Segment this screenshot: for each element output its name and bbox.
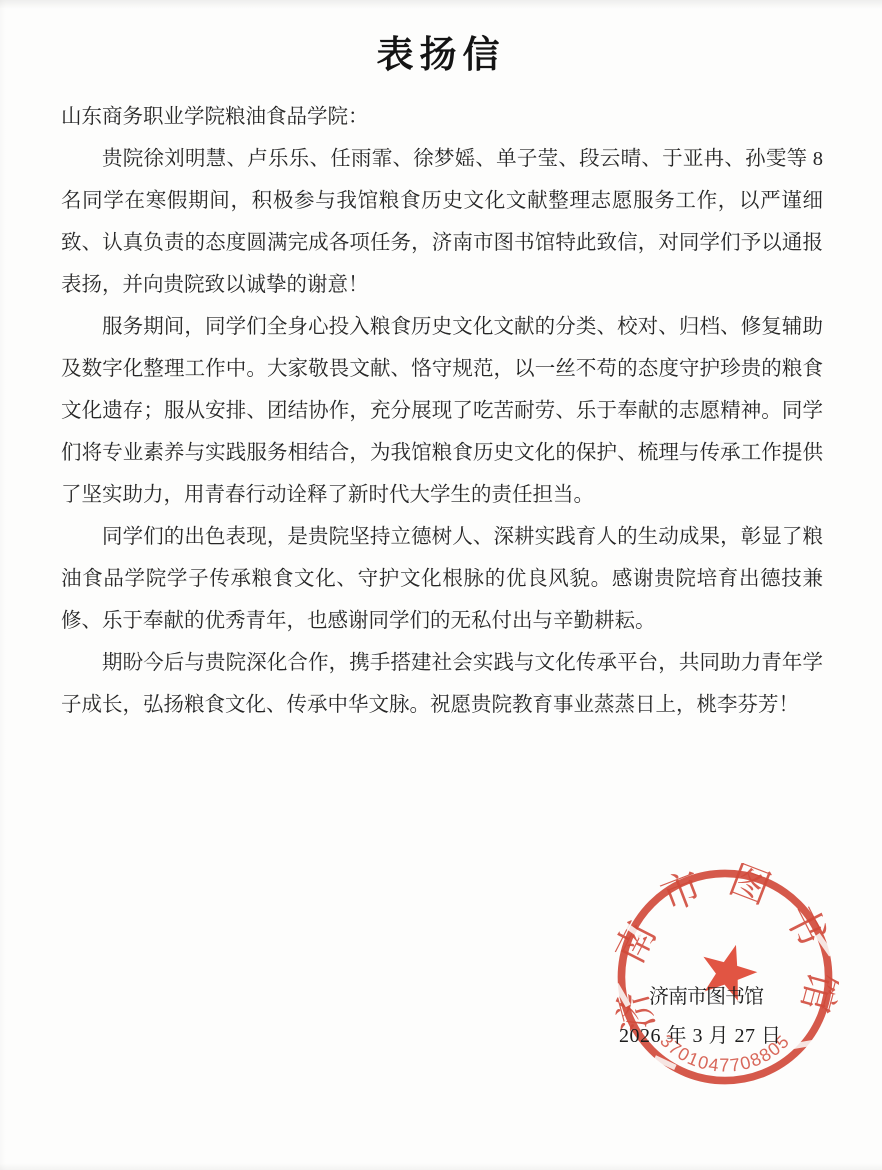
salutation: 山东商务职业学院粮油食品学院：	[61, 96, 823, 138]
official-seal: 济南市图书馆 3701047708805	[611, 863, 839, 1091]
letter-paragraph: 期盼今后与贵院深化合作，携手搭建社会实践与文化传承平台，共同助力青年学子成长，弘…	[61, 642, 823, 726]
signature-date: 2026 年 3 月 27 日	[619, 1019, 782, 1048]
letter-title: 表扬信	[0, 24, 882, 78]
letter-paragraph: 贵院徐刘明慧、卢乐乐、任雨霏、徐梦媱、单子莹、段云晴、于亚冉、孙雯等 8 名同学…	[61, 138, 823, 306]
signature-org: 济南市图书馆	[649, 980, 763, 1009]
letter-body: 山东商务职业学院粮油食品学院： 贵院徐刘明慧、卢乐乐、任雨霏、徐梦媱、单子莹、段…	[61, 96, 823, 726]
seal-org-arc-text: 济南市图书馆	[611, 863, 839, 1036]
letter-paragraph: 服务期间，同学们全身心投入粮食历史文化文献的分类、校对、归档、修复辅助及数字化整…	[61, 306, 823, 516]
letter-page: 表扬信 山东商务职业学院粮油食品学院： 贵院徐刘明慧、卢乐乐、任雨霏、徐梦媱、单…	[0, 0, 882, 1170]
letter-paragraph: 同学们的出色表现，是贵院坚持立德树人、深耕实践育人的生动成果，彰显了粮油食品学院…	[61, 516, 823, 642]
